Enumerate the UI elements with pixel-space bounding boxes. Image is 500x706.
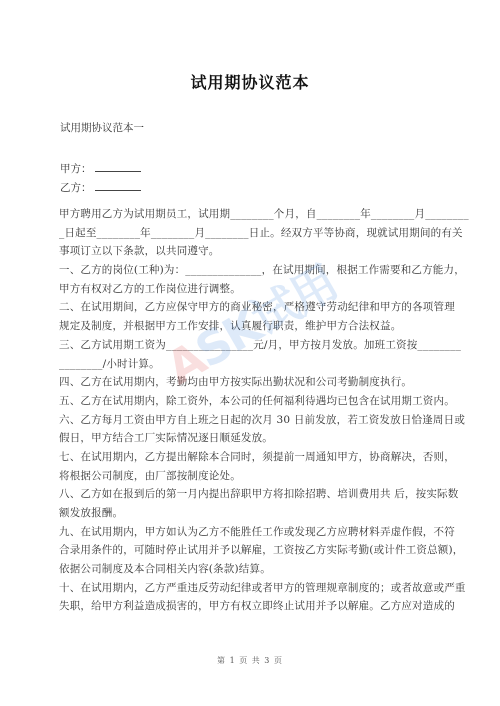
- clause-7: 七、在试用期内，乙方提出解除本合同时，须提前一周通知甲方，协商解决，否则，: [59, 448, 441, 467]
- clause-9: 九、在试用期内，甲方如认为乙方不能胜任工作或发现乙方应聘材料弄虚作假，不符: [59, 523, 441, 542]
- party-a-label: 甲方：: [60, 163, 92, 175]
- clause-2: 二、在试用期间，乙方应保守甲方的商业秘密，严格遵守劳动纪律和甲方的各项管理: [59, 298, 441, 317]
- document-title: 试用期协议范本: [0, 70, 500, 93]
- party-a-line: 甲方：: [60, 160, 141, 176]
- clause-5: 五、乙方在试用期内，除工资外，本公司的任何福利待遇均已包含在试用期工资内。: [59, 392, 441, 411]
- body-line: _日起至________年________月________日止。经双方平等协商…: [59, 224, 441, 243]
- body-line: 事项订立以下条款，以共同遵守。: [59, 242, 441, 261]
- body-line: 依据公司制度及本合同相关内容(条款)结算。: [59, 560, 441, 579]
- clause-8: 八、乙方如在报到后的第一月内提出辞职甲方将扣除招聘、培训费用共 后，按实际数: [59, 485, 441, 504]
- body-line: 甲方有权对乙方的工作岗位进行调整。: [59, 280, 441, 299]
- body-line: 额发放报酬。: [59, 504, 441, 523]
- party-b-line: 乙方：: [60, 179, 141, 195]
- party-a-blank: [95, 160, 141, 172]
- clause-4: 四、乙方在试用期内，考勤均由甲方按实际出勤状况和公司考勤制度执行。: [59, 373, 441, 392]
- clause-10: 十、在试用期内，乙方严重违反劳动纪律或者甲方的管理规章制度的；或者故意或严重: [59, 579, 441, 598]
- document-body: 甲方聘用乙方为试用期员工，试用期________个月，自________年___…: [59, 205, 441, 616]
- body-line: ________/小时计算。: [59, 355, 441, 374]
- body-line: 失职，给甲方利益造成损害的，甲方有权立即终止试用并予以解雇。乙方应对造成的: [59, 597, 441, 616]
- clause-6: 六、乙方每月工资由甲方自上班之日起的次月 30 日前发放，若工资发放日恰逢周日或: [59, 411, 441, 430]
- body-line: 甲方聘用乙方为试用期员工，试用期________个月，自________年___…: [59, 205, 441, 224]
- party-b-blank: [95, 179, 141, 191]
- body-line: 规定及制度，并根据甲方工作安排，认真履行职责，维护甲方合法权益。: [59, 317, 441, 336]
- body-line: 假日，甲方结合工厂实际情况逐日顺延发放。: [59, 429, 441, 448]
- document-subtitle: 试用期协议范本一: [60, 120, 144, 135]
- body-line: 将根据公司制度，由厂部按制度论处。: [59, 467, 441, 486]
- page-footer: 第 1 页 共 3 页: [0, 655, 500, 666]
- clause-3: 三、乙方试用期工资为________________元/月，甲方按月发放。加班工…: [59, 336, 441, 355]
- body-line: 合录用条件的，可随时停止试用并予以解雇，工资按乙方实际考勤(或计件工资总额)，: [59, 541, 441, 560]
- clause-1: 一、乙方的岗位(工种)为：______________，在试用期间，根据工作需要…: [59, 261, 441, 280]
- party-b-label: 乙方：: [60, 182, 92, 194]
